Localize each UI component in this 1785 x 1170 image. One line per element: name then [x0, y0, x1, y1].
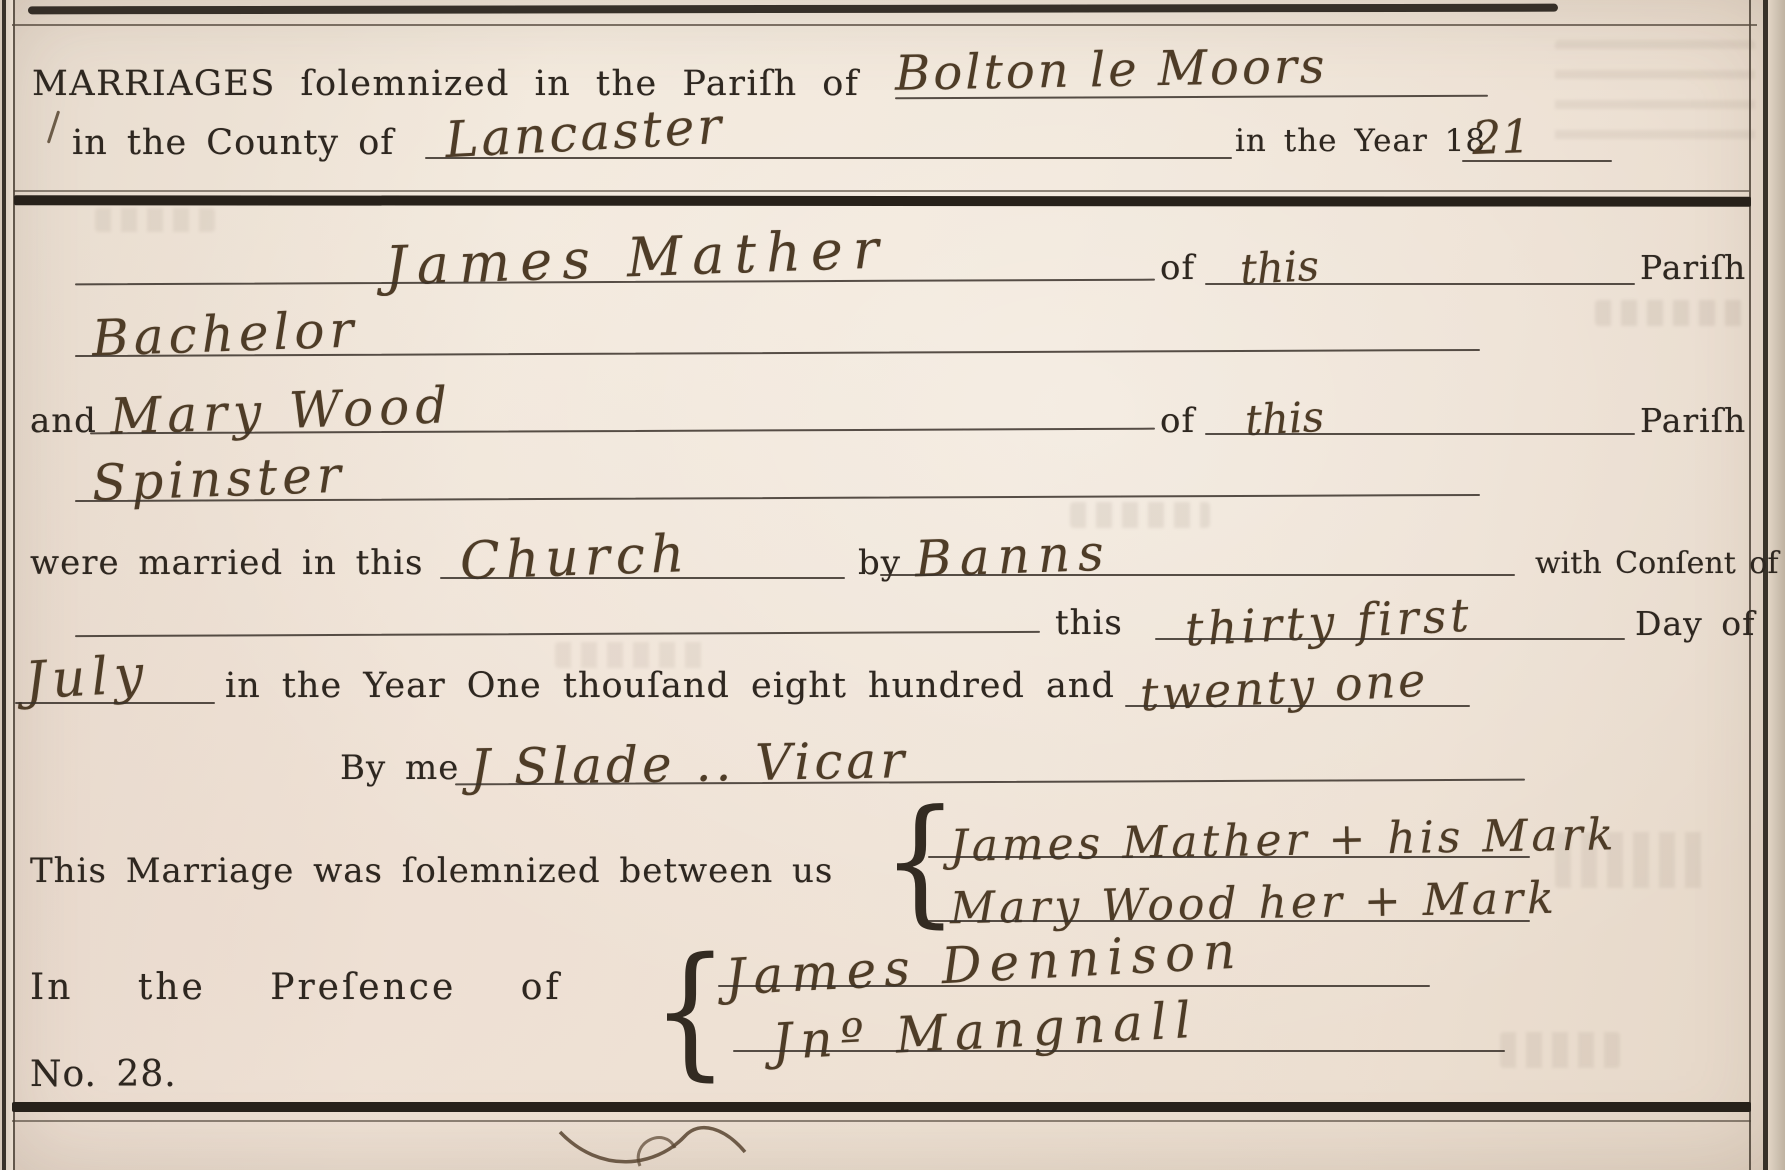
writing-line-month	[15, 702, 215, 704]
writing-line-bride-parish	[1205, 433, 1635, 435]
groom-parish-handwritten: this	[1239, 241, 1320, 294]
by-me-label: By me	[340, 748, 459, 788]
border-right-outer	[1763, 0, 1768, 1170]
bride-condition-handwritten: Spinster	[91, 446, 347, 513]
header-divider-thick	[14, 195, 1751, 207]
married-in-label: were married in this	[30, 543, 423, 583]
bleedthrough-right-mid	[1595, 300, 1745, 326]
officiant-signature: J Slade .. Vicar	[470, 731, 909, 797]
bride-name-handwritten: Mary Wood	[109, 376, 454, 446]
writing-line-year	[1462, 160, 1612, 162]
by-label: by	[858, 543, 901, 583]
register-title: MARRIAGES ſolemnized in the Pariſh of	[32, 64, 859, 104]
header-divider-thin	[14, 190, 1749, 192]
bottom-divider-thick	[12, 1102, 1751, 1112]
bride-signature: Mary Wood her + Mark	[950, 873, 1559, 935]
entry-number: No. 28.	[30, 1054, 177, 1095]
presence-label: In the Preſence of	[30, 967, 562, 1008]
next-entry-pen-flourish	[545, 1122, 785, 1170]
parish-word-bride: Pariſh	[1640, 401, 1746, 440]
parish-word-groom: Pariſh	[1640, 248, 1746, 287]
border-left-inner	[13, 0, 15, 1170]
top-border-thin	[12, 24, 1757, 26]
bottom-divider-thin	[12, 1120, 1751, 1122]
bleedthrough-byme	[555, 642, 705, 668]
of-label-bride: of	[1160, 401, 1195, 441]
writing-line-witness-1	[718, 985, 1430, 987]
witness-2-signature: Jnº Mangnall	[771, 991, 1200, 1071]
border-right-inner	[1749, 0, 1751, 1170]
groom-condition-handwritten: Bachelor	[91, 300, 359, 367]
bleedthrough-top-right	[1555, 40, 1755, 158]
bride-parish-handwritten: this	[1244, 392, 1325, 445]
year-handwritten: 21	[1471, 109, 1531, 165]
method-handwritten: Banns	[914, 524, 1113, 589]
pen-slash-mark	[47, 110, 60, 143]
parish-name-handwritten: Bolton le Moors	[895, 38, 1328, 102]
year-words-label: in the Year One thouſand eight hundred a…	[225, 666, 1115, 706]
writing-line-consent	[75, 631, 1040, 637]
writing-line-method	[880, 574, 1515, 576]
this-label: this	[1055, 603, 1123, 643]
writing-line-place	[440, 577, 845, 579]
and-label: and	[30, 401, 97, 441]
writing-line-year-words	[1125, 705, 1470, 707]
of-label-groom: of	[1160, 248, 1195, 288]
day-handwritten: thirty first	[1184, 588, 1474, 657]
solemnized-label: This Marriage was ſolemnized between us	[30, 851, 833, 891]
right-page-edge	[1768, 0, 1785, 1170]
writing-line-day	[1155, 638, 1625, 640]
bleedthrough-bottom-right	[1500, 1032, 1620, 1068]
top-border-thick	[28, 4, 1558, 15]
groom-name-handwritten: James Mather	[384, 217, 890, 298]
year-words-handwritten: twenty one	[1139, 652, 1430, 721]
writing-line-groom-signature	[928, 856, 1530, 858]
marriage-register-scan: MARRIAGES ſolemnized in the Pariſh of Bo…	[0, 0, 1785, 1170]
bleedthrough-left	[95, 208, 215, 232]
year-label: in the Year 18	[1235, 123, 1486, 159]
consent-label: with Conſent of	[1535, 546, 1778, 581]
day-of-label: Day of	[1635, 604, 1755, 643]
groom-signature: James Mather + his Mark	[950, 809, 1618, 872]
couple-brace: {	[882, 793, 958, 931]
writing-line-county	[425, 157, 1232, 159]
writing-line-groom-parish	[1205, 283, 1635, 285]
border-left-outer	[2, 0, 6, 1170]
writing-line-witness-2	[733, 1050, 1505, 1052]
witness-brace: {	[652, 940, 728, 1084]
place-handwritten: Church	[459, 524, 691, 592]
county-label: in the County of	[72, 123, 394, 163]
